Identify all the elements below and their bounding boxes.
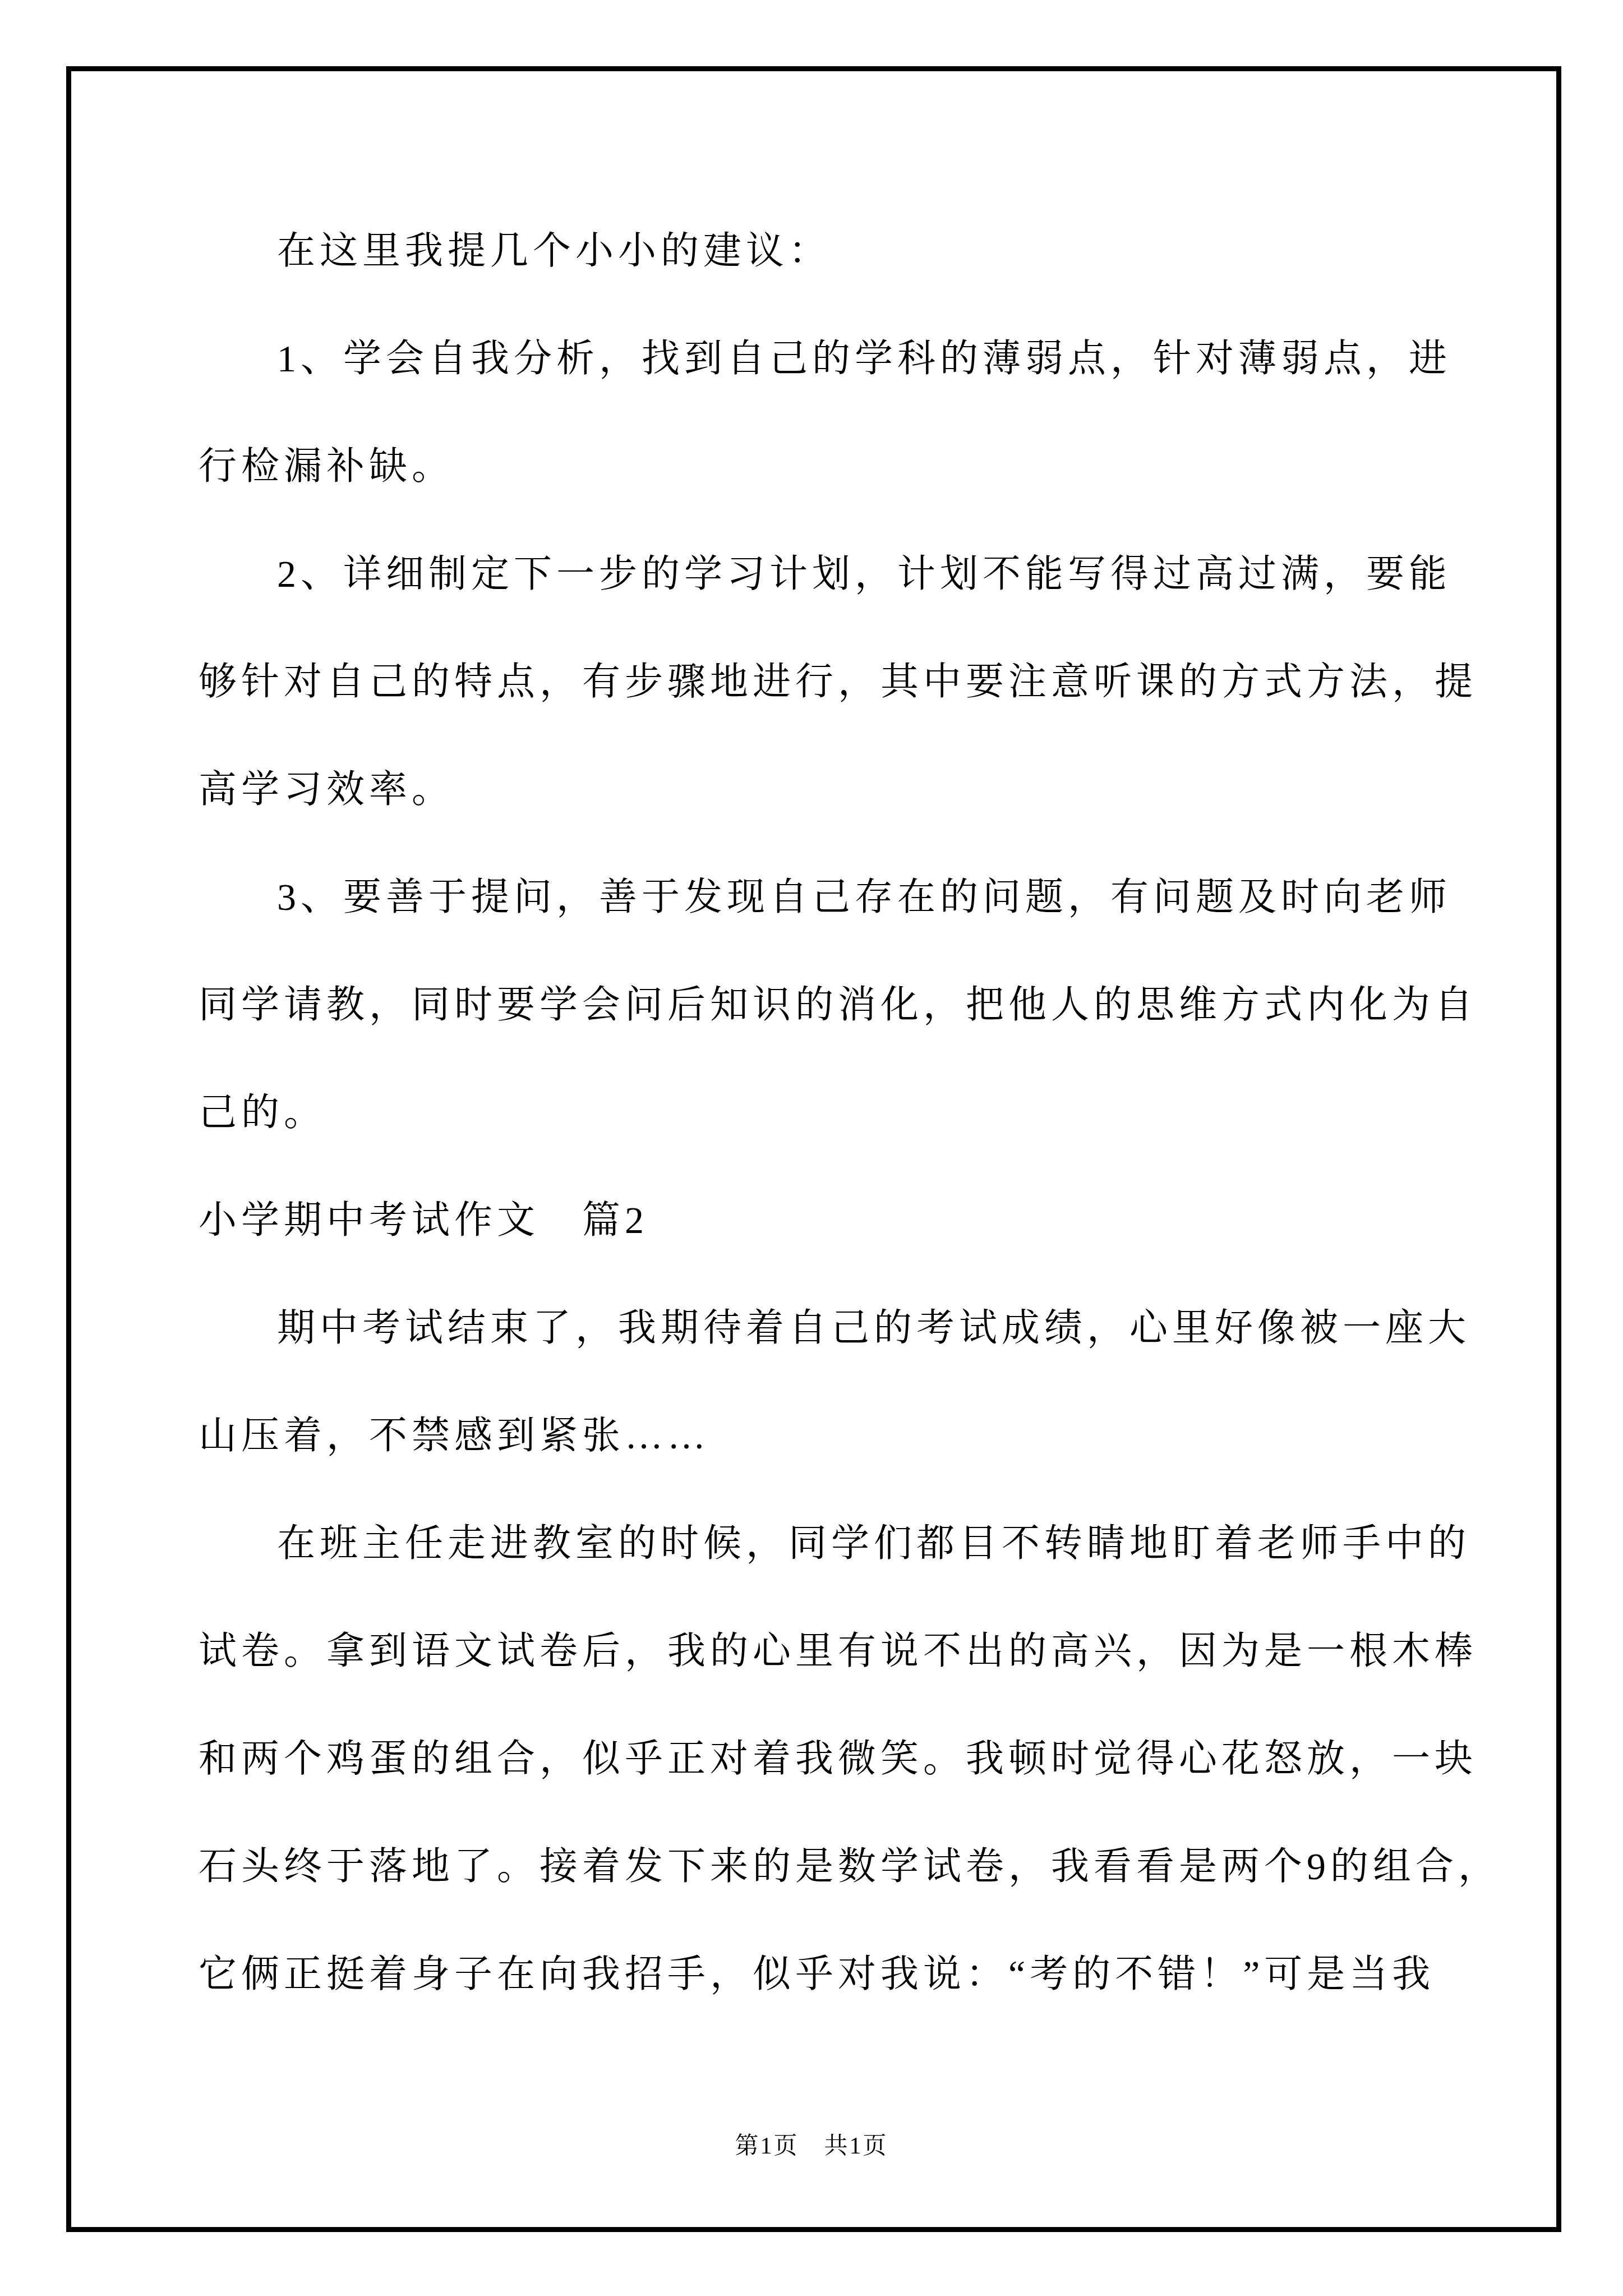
text-line: 高学习效率。	[199, 735, 1460, 843]
text-line: 够针对自己的特点，有步骤地进行，其中要注意听课的方式方法，提	[199, 628, 1460, 735]
text-line: 行检漏补缺。	[199, 412, 1460, 520]
text-line: 山压着，不禁感到紧张……	[199, 1382, 1460, 1489]
document-body: 在这里我提几个小小的建议： 1、学会自我分析，找到自己的学科的薄弱点，针对薄弱点…	[199, 197, 1460, 2028]
text-line: 石头终于落地了。接着发下来的是数学试卷，我看看是两个9的组合，	[199, 1812, 1460, 1920]
text-line: 1、学会自我分析，找到自己的学科的薄弱点，针对薄弱点，进	[199, 305, 1460, 412]
text-line: 同学请教，同时要学会问后知识的消化，把他人的思维方式内化为自	[199, 951, 1460, 1059]
text-line: 在这里我提几个小小的建议：	[199, 197, 1460, 305]
text-line: 在班主任走进教室的时候，同学们都目不转睛地盯着老师手中的	[199, 1489, 1460, 1597]
page-footer: 第1页 共1页	[0, 2127, 1623, 2165]
text-line: 2、详细制定下一步的学习计划，计划不能写得过高过满，要能	[199, 520, 1460, 628]
text-line: 期中考试结束了，我期待着自己的考试成绩，心里好像被一座大	[199, 1274, 1460, 1382]
text-line: 己的。	[199, 1059, 1460, 1166]
text-line: 试卷。拿到语文试卷后，我的心里有说不出的高兴，因为是一根木棒	[199, 1597, 1460, 1705]
text-line: 它俩正挺着身子在向我招手，似乎对我说：“考的不错！”可是当我	[199, 1920, 1460, 2028]
section-heading: 小学期中考试作文 篇2	[199, 1166, 1460, 1274]
text-line: 3、要善于提问，善于发现自己存在的问题，有问题及时向老师	[199, 843, 1460, 951]
text-line: 和两个鸡蛋的组合，似乎正对着我微笑。我顿时觉得心花怒放，一块	[199, 1705, 1460, 1812]
